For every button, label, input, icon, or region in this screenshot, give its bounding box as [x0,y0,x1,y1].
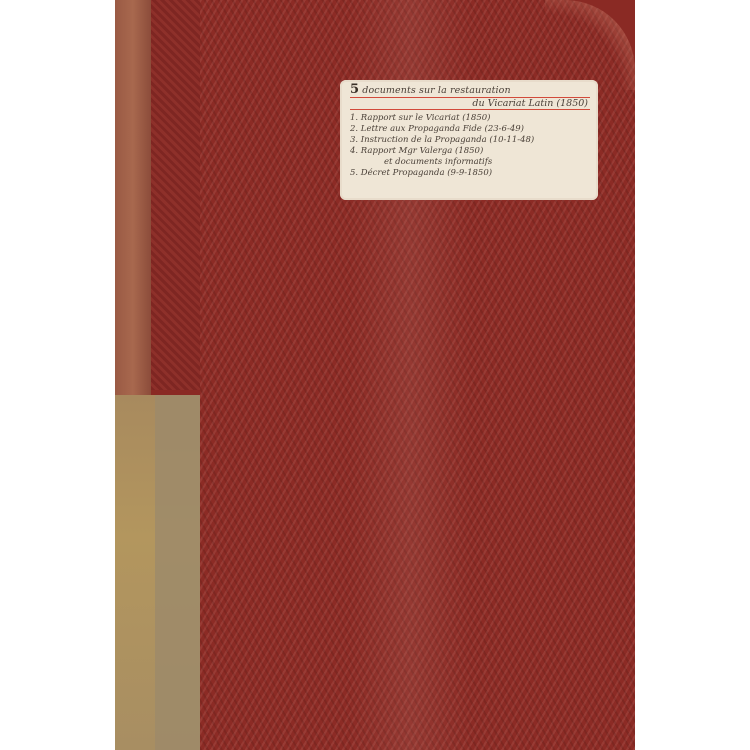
label-item: 1. Rapport sur le Vicariat (1850) [350,113,590,124]
label-title: 5 documents sur la restauration [350,84,590,98]
photo-stage: 5 documents sur la restauration du Vicar… [0,0,750,750]
spine-repair-tape-inner [155,395,200,750]
notebook: 5 documents sur la restauration du Vicar… [115,0,635,750]
front-cover: 5 documents sur la restauration du Vicar… [200,0,635,750]
cover-label: 5 documents sur la restauration du Vicar… [340,80,598,200]
label-item: 4. Rapport Mgr Valerga (1850) [350,146,590,157]
label-item: et documents informatifs [350,157,590,168]
label-subtitle: du Vicariat Latin (1850) [350,98,590,110]
label-item: 3. Instruction de la Propaganda (10-11-4… [350,135,590,146]
worn-corner [545,0,635,90]
label-item: 2. Lettre aux Propaganda Fide (23-6-49) [350,124,590,135]
label-item: 5. Décret Propaganda (9-9-1850) [350,168,590,179]
label-item-list: 1. Rapport sur le Vicariat (1850) 2. Let… [350,113,590,179]
label-title-text: documents sur la restauration [362,85,510,96]
label-title-number: 5 [350,82,359,97]
